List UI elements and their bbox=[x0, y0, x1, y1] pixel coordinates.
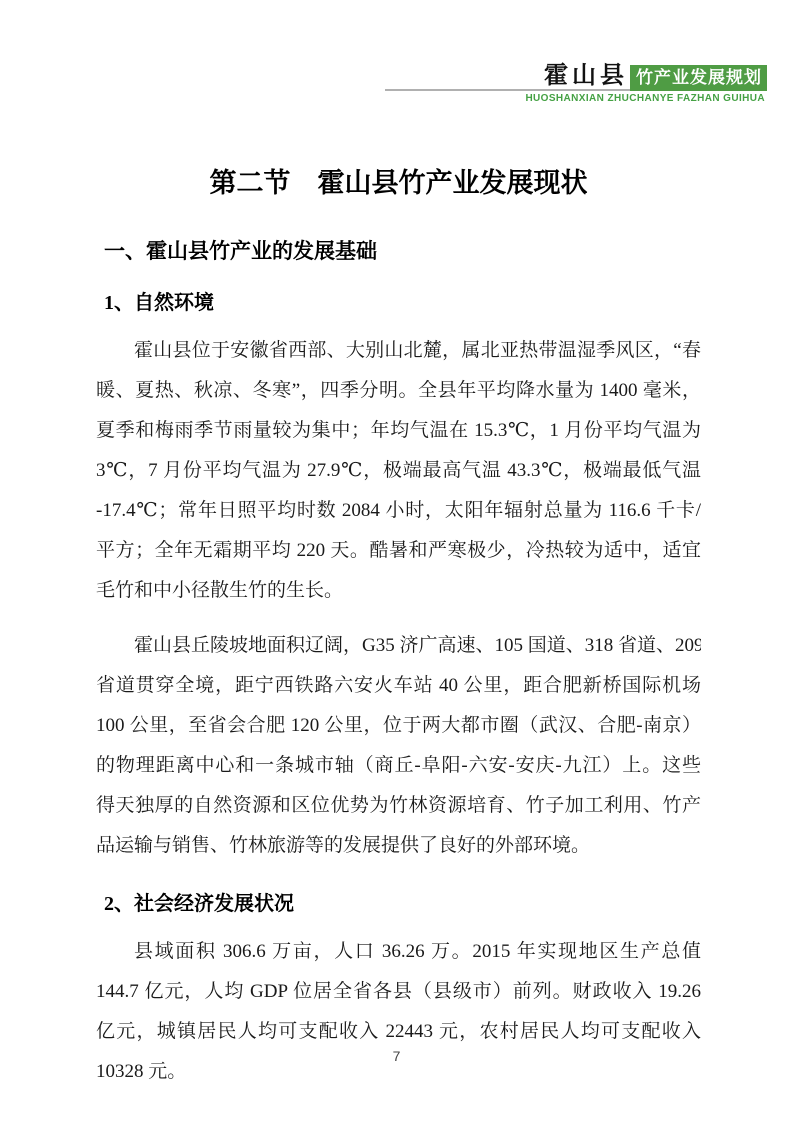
page-header: 霍山县 竹产业发展规划 HUOSHANXIAN ZHUCHANYE FAZHAN… bbox=[385, 63, 767, 104]
text-line: 亿元，城镇居民人均可支配收入 22443 元，农村居民人均可支配收入 bbox=[96, 1012, 701, 1052]
text-line: 平方；全年无霜期平均 220 天。酷暑和严寒极少，冷热较为适中，适宜 bbox=[96, 531, 701, 571]
text-line: 的物理距离中心和一条城市轴（商丘-阜阳-六安-安庆-九江）上。这些 bbox=[96, 746, 701, 786]
paragraph-location-transport: 霍山县丘陵坡地面积辽阔，G35 济广高速、105 国道、318 省道、209省道… bbox=[96, 626, 701, 866]
text-line: -17.4℃；常年日照平均时数 2084 小时，太阳年辐射总量为 116.6 千… bbox=[96, 491, 701, 531]
page-number: 7 bbox=[393, 1048, 401, 1064]
header-pinyin: HUOSHANXIAN ZHUCHANYE FAZHAN GUIHUA bbox=[385, 93, 767, 104]
text-line: 霍山县丘陵坡地面积辽阔，G35 济广高速、105 国道、318 省道、209 bbox=[96, 626, 701, 666]
text-line: 3℃，7 月份平均气温为 27.9℃，极端最高气温 43.3℃，极端最低气温 bbox=[96, 451, 701, 491]
text-line: 暖、夏热、秋凉、冬寒”，四季分明。全县年平均降水量为 1400 毫米， bbox=[96, 371, 701, 411]
page-footer: 7 bbox=[0, 1048, 793, 1064]
paragraph-socioeconomic: 县域面积 306.6 万亩，人口 36.26 万。2015 年实现地区生产总值1… bbox=[96, 932, 701, 1092]
text-line: 县域面积 306.6 万亩，人口 36.26 万。2015 年实现地区生产总值 bbox=[96, 932, 701, 972]
header-rule: 霍山县 bbox=[385, 63, 630, 91]
subsection-heading-socioeconomic: 2、社会经济发展状况 bbox=[104, 891, 701, 917]
county-name: 霍山县 bbox=[544, 63, 630, 89]
text-line: 毛竹和中小径散生竹的生长。 bbox=[96, 571, 701, 611]
banner-title: 竹产业发展规划 bbox=[630, 65, 767, 91]
text-line: 品运输与销售、竹林旅游等的发展提供了良好的外部环境。 bbox=[96, 826, 701, 866]
header-row: 霍山县 竹产业发展规划 bbox=[385, 63, 767, 91]
document-page: 霍山县 竹产业发展规划 HUOSHANXIAN ZHUCHANYE FAZHAN… bbox=[0, 0, 793, 1122]
section-heading: 一、霍山县竹产业的发展基础 bbox=[104, 237, 701, 265]
document-content: 第二节 霍山县竹产业发展现状 一、霍山县竹产业的发展基础 1、自然环境 霍山县位… bbox=[0, 161, 793, 1092]
paragraph-natural-environment: 霍山县位于安徽省西部、大别山北麓，属北亚热带温湿季风区，“春暖、夏热、秋凉、冬寒… bbox=[96, 331, 701, 611]
text-line: 100 公里，至省会合肥 120 公里，位于两大都市圈（武汉、合肥-南京） bbox=[96, 706, 701, 746]
page-title: 第二节 霍山县竹产业发展现状 bbox=[96, 161, 701, 205]
subsection-heading-natural-environment: 1、自然环境 bbox=[104, 290, 701, 316]
text-line: 夏季和梅雨季节雨量较为集中；年均气温在 15.3℃，1 月份平均气温为 bbox=[96, 411, 701, 451]
text-line: 霍山县位于安徽省西部、大别山北麓，属北亚热带温湿季风区，“春 bbox=[96, 331, 701, 371]
text-line: 省道贯穿全境，距宁西铁路六安火车站 40 公里，距合肥新桥国际机场 bbox=[96, 666, 701, 706]
text-line: 得天独厚的自然资源和区位优势为竹林资源培育、竹子加工利用、竹产 bbox=[96, 786, 701, 826]
text-line: 144.7 亿元，人均 GDP 位居全省各县（县级市）前列。财政收入 19.26 bbox=[96, 972, 701, 1012]
